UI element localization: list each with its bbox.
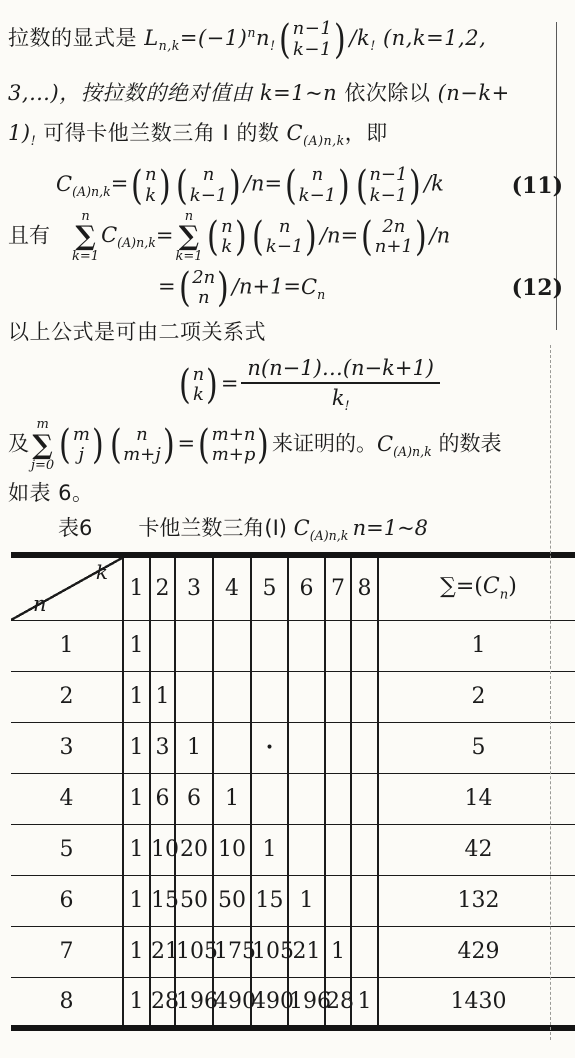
binom-top: 2n bbox=[192, 268, 215, 288]
right-paren-icon: ) bbox=[338, 168, 350, 204]
text: 可得卡他兰数三角 I 的数 bbox=[36, 121, 286, 145]
text-table-ref: 的数表 bbox=[432, 432, 502, 456]
table-cell bbox=[251, 773, 288, 824]
table-cell: 28 bbox=[150, 977, 175, 1028]
left-paren-icon: ( bbox=[131, 168, 143, 204]
lhs-C: C(A)n,k bbox=[56, 172, 111, 196]
binom-bottom: k bbox=[193, 385, 204, 405]
paragraph-1-line-2: 3,…)，按拉数的绝对值由 k=1~n 依次除以 (n−k+ bbox=[8, 73, 567, 113]
table-cell: 28 bbox=[325, 977, 351, 1028]
table-cell bbox=[288, 722, 325, 773]
row-sum-cell: 1430 bbox=[378, 977, 575, 1028]
table-cell bbox=[351, 824, 378, 875]
table-cell bbox=[251, 620, 288, 671]
fraction: n(n−1)…(n−k+1)k! bbox=[241, 356, 440, 414]
row-n-label: 8 bbox=[11, 977, 123, 1028]
table-row: 3 131• 5 bbox=[11, 722, 575, 773]
sigma-operator: ∑ bbox=[75, 223, 95, 250]
table-row: 4 1661 14 bbox=[11, 773, 575, 824]
table-cell bbox=[325, 773, 351, 824]
over-n-equals: /n= bbox=[320, 223, 358, 247]
binom-top: m+n bbox=[212, 425, 256, 445]
table-cell: 1 bbox=[251, 824, 288, 875]
equals: = bbox=[111, 172, 129, 196]
left-paren-icon: ( bbox=[285, 168, 297, 204]
binom-bottom: n+1 bbox=[375, 237, 413, 257]
left-paren-icon: ( bbox=[198, 427, 210, 463]
table-cell bbox=[150, 620, 175, 671]
table-cell bbox=[175, 620, 213, 671]
equation-12-line-2: =(2nn)/n+1=Cn (12) bbox=[8, 268, 567, 308]
sigma-operator: ∑ bbox=[179, 223, 199, 250]
denominator: k! bbox=[332, 384, 350, 414]
header-row: k n 1 2 3 4 5 6 7 8 ∑=(Cn) bbox=[11, 555, 575, 621]
binom-bottom: k−1 bbox=[299, 186, 336, 206]
left-paren-icon: ( bbox=[59, 427, 71, 463]
table-cell bbox=[351, 620, 378, 671]
right-paren-icon: ) bbox=[163, 427, 175, 463]
table-cell: 175 bbox=[213, 926, 251, 977]
table-cell: 1 bbox=[213, 773, 251, 824]
over-k-factorial: /k! bbox=[349, 26, 375, 50]
row-n-label: 2 bbox=[11, 671, 123, 722]
table-row: 8 128196490490196281 1430 bbox=[11, 977, 575, 1028]
column-header: 2 bbox=[150, 555, 175, 621]
equals: = bbox=[158, 275, 176, 299]
text: 拉数的显式是 bbox=[8, 26, 144, 50]
variable-L: Ln,k bbox=[144, 26, 180, 50]
table-cell: 10 bbox=[213, 824, 251, 875]
equals: = bbox=[156, 223, 174, 247]
table-cell: 3 bbox=[150, 722, 175, 773]
n-range: n=1~8 bbox=[353, 516, 428, 540]
row-sum-cell: 14 bbox=[378, 773, 575, 824]
table-cell: 1 bbox=[123, 977, 150, 1028]
table-row: 1 1 1 bbox=[11, 620, 575, 671]
table-cell bbox=[213, 671, 251, 722]
binomial-coefficient: (nk) bbox=[129, 165, 172, 205]
table-cell bbox=[288, 620, 325, 671]
column-header: 4 bbox=[213, 555, 251, 621]
binom-bottom: k bbox=[145, 186, 156, 206]
right-paren-icon: ) bbox=[257, 427, 269, 463]
table-cell: 21 bbox=[150, 926, 175, 977]
table-cell bbox=[213, 722, 251, 773]
row-n-label: 4 bbox=[11, 773, 123, 824]
binom-top: n bbox=[221, 217, 233, 237]
table-cell bbox=[175, 671, 213, 722]
binomial-coefficient: (nk−1) bbox=[174, 165, 243, 205]
over-k: /k bbox=[424, 172, 444, 196]
summation: n∑k=1 bbox=[175, 210, 202, 264]
table-cell: 105 bbox=[251, 926, 288, 977]
binomial-coefficient: (nk) bbox=[177, 365, 220, 405]
row-n-label: 3 bbox=[11, 722, 123, 773]
binom-bottom: k−1 bbox=[266, 237, 303, 257]
table-cell bbox=[325, 824, 351, 875]
table-cell bbox=[288, 824, 325, 875]
table-label: 表6 bbox=[58, 512, 92, 542]
diagonal-split-icon: k n bbox=[11, 558, 122, 620]
table-cell: 1 bbox=[150, 671, 175, 722]
column-header: 5 bbox=[251, 555, 288, 621]
table-cell: 1 bbox=[123, 620, 150, 671]
table-cell: 50 bbox=[213, 875, 251, 926]
binom-top: n bbox=[279, 217, 291, 237]
left-paren-icon: ( bbox=[179, 270, 191, 306]
left-paren-icon: ( bbox=[361, 219, 373, 255]
table-cell: 1 bbox=[123, 926, 150, 977]
table-row: 7 121105175105211 429 bbox=[11, 926, 575, 977]
table-row: 5 11020101 42 bbox=[11, 824, 575, 875]
binomial-coefficient: (nk) bbox=[205, 217, 248, 257]
equation-number: (11) bbox=[512, 173, 563, 199]
equals-minus-one: =(−1) bbox=[180, 26, 247, 50]
text-ji: 及 bbox=[8, 432, 29, 456]
k-range: k=1~n bbox=[260, 81, 337, 105]
summation: n∑k=1 bbox=[72, 210, 99, 264]
table-cell: 1 bbox=[123, 875, 150, 926]
table-cell: 196 bbox=[175, 977, 213, 1028]
binomial-coefficient: (nm+j) bbox=[108, 425, 177, 465]
table-cell: 1 bbox=[175, 722, 213, 773]
text-proof: 来证明的。 bbox=[272, 432, 377, 456]
left-paren-icon: ( bbox=[109, 427, 121, 463]
page-content: 拉数的显式是 Ln,k=(−1)nn!(n−1k−1)/k! (n,k=1,2,… bbox=[0, 0, 575, 1031]
catalan-C: Cn bbox=[301, 275, 325, 299]
right-paren-icon: ) bbox=[409, 168, 421, 204]
divisor-expr-cont: 1)! bbox=[8, 121, 36, 145]
binom-bottom: j bbox=[79, 445, 85, 465]
table-cell: 20 bbox=[175, 824, 213, 875]
column-header: 1 bbox=[123, 555, 150, 621]
row-sum-cell: 42 bbox=[378, 824, 575, 875]
binom-top: n−1 bbox=[293, 19, 333, 39]
equals: = bbox=[177, 432, 195, 456]
table-cell: 1 bbox=[123, 722, 150, 773]
table-cell: 1 bbox=[325, 926, 351, 977]
binomial-coefficient: (2nn) bbox=[177, 268, 231, 308]
table-cell: 50 bbox=[175, 875, 213, 926]
table-cell bbox=[351, 671, 378, 722]
right-paren-icon: ) bbox=[92, 427, 104, 463]
table-cell: 196 bbox=[288, 977, 325, 1028]
binomial-coefficient: (n−1k−1) bbox=[277, 19, 349, 59]
table-cell: 1 bbox=[123, 824, 150, 875]
binom-top: n bbox=[136, 425, 148, 445]
equals: = bbox=[221, 372, 239, 396]
corner-header-cell: k n bbox=[11, 555, 123, 621]
paragraph-2: 以上公式是可由二项关系式 bbox=[8, 312, 567, 352]
text: 3,…)，按拉数的绝对值由 bbox=[8, 81, 260, 105]
binom-top: n bbox=[193, 365, 205, 385]
variable-C: C(A)n,k bbox=[377, 432, 432, 456]
binom-bottom: k−1 bbox=[293, 40, 332, 60]
row-n-label: 7 bbox=[11, 926, 123, 977]
binom-top: m bbox=[73, 425, 90, 445]
row-sum-cell: 2 bbox=[378, 671, 575, 722]
table-cell bbox=[251, 671, 288, 722]
over-n-equals: /n= bbox=[244, 172, 282, 196]
table-cell: 105 bbox=[175, 926, 213, 977]
table-cell: 15 bbox=[150, 875, 175, 926]
right-paren-icon: ) bbox=[229, 168, 241, 204]
binomial-coefficient: (mj) bbox=[57, 425, 105, 465]
n-factorial: n! bbox=[256, 26, 276, 50]
table-cell: 1 bbox=[288, 875, 325, 926]
ink-dot-artifact: • bbox=[251, 722, 288, 773]
text: ，即 bbox=[345, 121, 388, 145]
row-sum-cell: 5 bbox=[378, 722, 575, 773]
left-paren-icon: ( bbox=[207, 219, 219, 255]
table-cell bbox=[351, 722, 378, 773]
binomial-coefficient: (m+nm+p) bbox=[196, 425, 271, 465]
binom-top: n bbox=[312, 165, 324, 185]
exponent-n: n bbox=[247, 26, 256, 50]
table-cell: 1 bbox=[123, 671, 150, 722]
table-row: 2 11 2 bbox=[11, 671, 575, 722]
table-title: 卡他兰数三角(I) C(A)n,k n=1~8 bbox=[138, 512, 428, 543]
right-paren-icon: ) bbox=[334, 22, 346, 58]
binomial-coefficient: (n−1k−1) bbox=[354, 165, 423, 205]
binomial-coefficient: (nk−1) bbox=[283, 165, 352, 205]
column-header: 3 bbox=[175, 555, 213, 621]
paragraph-3: 如表 6。 bbox=[8, 476, 567, 510]
over-n-plus-1: /n+1= bbox=[232, 275, 301, 299]
binomial-coefficient: (2nn+1) bbox=[359, 217, 428, 257]
table-cell bbox=[351, 875, 378, 926]
binom-top: n bbox=[203, 165, 215, 185]
left-paren-icon: ( bbox=[279, 22, 291, 58]
table-cell bbox=[213, 620, 251, 671]
sum-lower-limit: k=1 bbox=[72, 250, 99, 264]
right-paren-icon: ) bbox=[235, 219, 247, 255]
binom-bottom: k bbox=[221, 237, 232, 257]
paragraph-1-line-1: 拉数的显式是 Ln,k=(−1)nn!(n−1k−1)/k! (n,k=1,2, bbox=[8, 6, 567, 73]
row-sum-cell: 429 bbox=[378, 926, 575, 977]
table-cell bbox=[325, 620, 351, 671]
table-cell: 490 bbox=[251, 977, 288, 1028]
row-n-label: 6 bbox=[11, 875, 123, 926]
left-paren-icon: ( bbox=[179, 367, 191, 403]
summation: m∑j=0 bbox=[31, 418, 54, 472]
row-n-label: 5 bbox=[11, 824, 123, 875]
table-cell: 10 bbox=[150, 824, 175, 875]
table-cell bbox=[325, 671, 351, 722]
binom-bottom: k−1 bbox=[190, 186, 227, 206]
C-term: C(A)n,k bbox=[101, 223, 156, 247]
corner-k-label: k bbox=[96, 560, 108, 584]
C-symbol: C(A)n,k bbox=[294, 516, 349, 540]
binomial-relation-equation: (nk)=n(n−1)…(n−k+1)k! bbox=[8, 356, 567, 414]
equation-12-line-1: 且有 n∑k=1C(A)n,k=n∑k=1(nk)(nk−1)/n=(2nn+1… bbox=[8, 210, 567, 264]
table-cell: 1 bbox=[351, 977, 378, 1028]
domain-note: (n,k=1,2, bbox=[376, 26, 486, 50]
equation-number: (12) bbox=[512, 275, 563, 301]
column-header: 6 bbox=[288, 555, 325, 621]
binomial-coefficient: (nk−1) bbox=[250, 217, 319, 257]
paragraph-1-line-3: 1)! 可得卡他兰数三角 I 的数 C(A)n,k，即 bbox=[8, 113, 567, 161]
text: 依次除以 bbox=[337, 81, 437, 105]
left-paren-icon: ( bbox=[252, 219, 264, 255]
left-paren-icon: ( bbox=[176, 168, 188, 204]
table-cell bbox=[351, 926, 378, 977]
table-cell: 490 bbox=[213, 977, 251, 1028]
right-paren-icon: ) bbox=[159, 168, 171, 204]
binom-bottom: n bbox=[198, 288, 210, 308]
binom-top: n−1 bbox=[369, 165, 407, 185]
right-paren-icon: ) bbox=[206, 367, 218, 403]
table-cell bbox=[288, 773, 325, 824]
sum-lower-limit: k=1 bbox=[175, 250, 202, 264]
binom-bottom: m+p bbox=[212, 445, 256, 465]
table-cell: 1 bbox=[123, 773, 150, 824]
table-cell bbox=[325, 875, 351, 926]
right-paren-icon: ) bbox=[415, 219, 427, 255]
catalan-triangle-table: k n 1 2 3 4 5 6 7 8 ∑=(Cn) 1 bbox=[11, 552, 575, 1032]
column-header: 8 bbox=[351, 555, 378, 621]
equation-11: C(A)n,k=(nk)(nk−1)/n=(nk−1)(n−1k−1)/k (1… bbox=[8, 165, 567, 205]
table-cell bbox=[288, 671, 325, 722]
row-n-label: 1 bbox=[11, 620, 123, 671]
vandermonde-line: 及m∑j=0(mj)(nm+j)=(m+nm+p)来证明的。C(A)n,k 的数… bbox=[8, 418, 567, 472]
right-paren-icon: ) bbox=[305, 219, 317, 255]
corner-n-label: n bbox=[33, 592, 47, 616]
table-cell: 15 bbox=[251, 875, 288, 926]
divisor-expr: (n−k+ bbox=[438, 81, 510, 105]
binom-bottom: m+j bbox=[123, 445, 161, 465]
sum-lower-limit: j=0 bbox=[31, 459, 54, 473]
table-cell: 21 bbox=[288, 926, 325, 977]
table-cell bbox=[325, 722, 351, 773]
binom-top: 2n bbox=[382, 217, 405, 237]
left-paren-icon: ( bbox=[356, 168, 368, 204]
scanned-book-page: 拉数的显式是 Ln,k=(−1)nn!(n−1k−1)/k! (n,k=1,2,… bbox=[0, 0, 575, 1058]
numerator: n(n−1)…(n−k+1) bbox=[241, 356, 440, 384]
row-sum-cell: 1 bbox=[378, 620, 575, 671]
variable-C: C(A)n,k bbox=[287, 121, 345, 145]
over-n: /n bbox=[430, 223, 451, 247]
binom-top: n bbox=[145, 165, 157, 185]
row-sum-cell: 132 bbox=[378, 875, 575, 926]
text-qieyou: 且有 bbox=[8, 223, 50, 247]
table-cell bbox=[351, 773, 378, 824]
sigma-operator: ∑ bbox=[32, 432, 52, 459]
table-row: 6 1155050151 132 bbox=[11, 875, 575, 926]
table-cell: 6 bbox=[150, 773, 175, 824]
table-caption: 表6 卡他兰数三角(I) C(A)n,k n=1~8 bbox=[8, 512, 567, 543]
binom-bottom: k−1 bbox=[370, 186, 407, 206]
column-header: 7 bbox=[325, 555, 351, 621]
table-cell: 6 bbox=[175, 773, 213, 824]
right-paren-icon: ) bbox=[217, 270, 229, 306]
sum-column-header: ∑=(Cn) bbox=[378, 555, 575, 621]
